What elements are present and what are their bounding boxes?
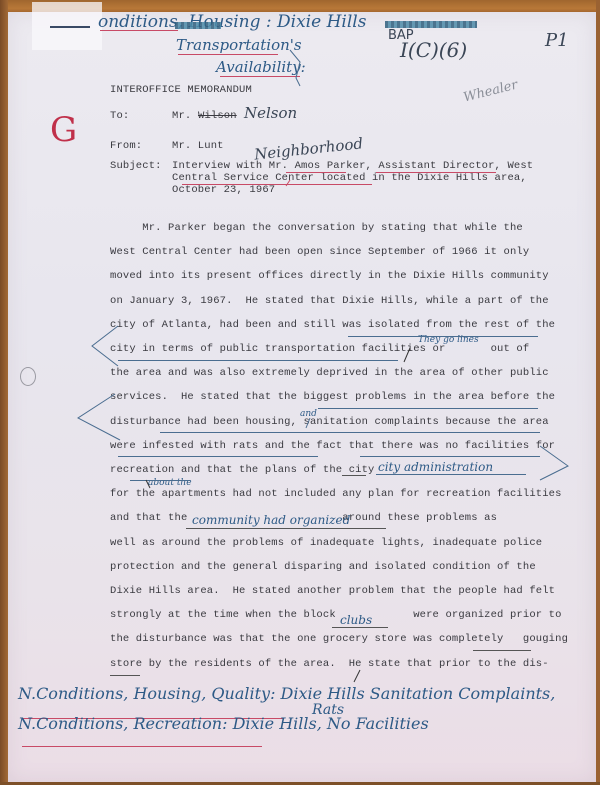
to-handwritten-name: Nelson [244,104,297,122]
insert-and: and [300,409,317,419]
body-line: strongly at the time when the block were… [110,609,562,621]
from-label: From: [110,140,142,152]
insert-city-admin: city administration [378,460,493,474]
insert-community-organized: community had organized [192,513,350,527]
margin-letter-red: G [50,110,77,150]
body-line: the disturbance was that the one grocery… [110,633,568,645]
underline-transportation [118,360,398,361]
underline-biggest-problems [318,408,538,409]
body-line: for the apartments had not included any … [110,488,562,500]
underline-rats [118,456,318,457]
body-line: services. He stated that the biggest pro… [110,391,555,403]
to-struck-name: Wilson [198,110,237,122]
body-line: recreation and that the plans of the cit… [110,464,375,476]
body-line: were infested with rats and the fact tha… [110,440,555,452]
body-line: West Central Center had been open since … [110,246,529,258]
body-line: Mr. Parker began the conversation by sta… [110,222,523,234]
to-label: To: [110,110,129,122]
body-line: well as around the problems of inadequat… [110,537,542,549]
body-line: Dixie Hills area. He stated another prob… [110,585,555,597]
tag-line-2: N.Conditions, Recreation: Dixie Hills, N… [18,714,429,733]
underline-housing [160,432,540,433]
body-line: city of Atlanta, had been and still was … [110,319,555,331]
to-prefix: Mr. [172,110,191,122]
desk-surface-left [0,0,8,785]
header-handwriting-line2: Transportation's [176,36,302,54]
page-marker: P1 [545,30,569,51]
header-red-underline-2 [178,54,278,55]
header-handwriting-line3: Availability: [216,58,306,76]
tag-line-1: N.Conditions, Housing, Quality: Dixie Hi… [18,684,555,703]
body-line: moved into its present offices directly … [110,270,549,282]
header-strikethrough [175,22,221,29]
subject-label: Subject: [110,160,162,172]
strike-completely [473,650,531,651]
punch-hole-icon [20,367,36,386]
tag-line-2-red-underline [22,746,262,747]
insert-block-word: clubs [340,613,372,627]
underline-recreation [130,480,190,481]
community-underline [186,528,386,529]
subject-line-1: Interview with Mr. Amos Parker, Assistan… [172,160,533,172]
desk-surface-right [596,0,600,785]
classification-code-sub: I(C)(6) [400,38,467,62]
underline-no-facilities [360,456,540,457]
memo-heading: INTEROFFICE MEMORANDUM [110,84,252,96]
subject-line-2: Central Service Center located in the Di… [172,172,527,184]
header-strikethrough-2 [385,21,477,28]
underline-isolated [348,336,538,337]
subject-red-underline-2 [376,172,496,173]
city-admin-underline [376,474,526,475]
dash-mark [50,26,90,28]
body-line: the area and was also extremely deprived… [110,367,549,379]
body-line: on January 3, 1967. He stated that Dixie… [110,295,549,307]
header-handwriting-line1: onditions, Housing : Dixie Hills [98,12,366,32]
strike-city [342,475,366,476]
body-line: store by the residents of the area. He s… [110,658,549,670]
from-value: Mr. Lunt [172,140,224,152]
header-red-underline-3 [220,76,300,77]
body-line: protection and the general disparing and… [110,561,536,573]
header-red-underline [100,30,178,31]
subject-line-3: October 23, 1967 [172,184,275,196]
body-line: disturbance had been housing, sanitation… [110,416,549,428]
subject-red-underline-1 [286,172,346,173]
block-word-underline [332,627,388,628]
subject-red-underline-3 [182,184,372,185]
strike-store [110,675,140,676]
